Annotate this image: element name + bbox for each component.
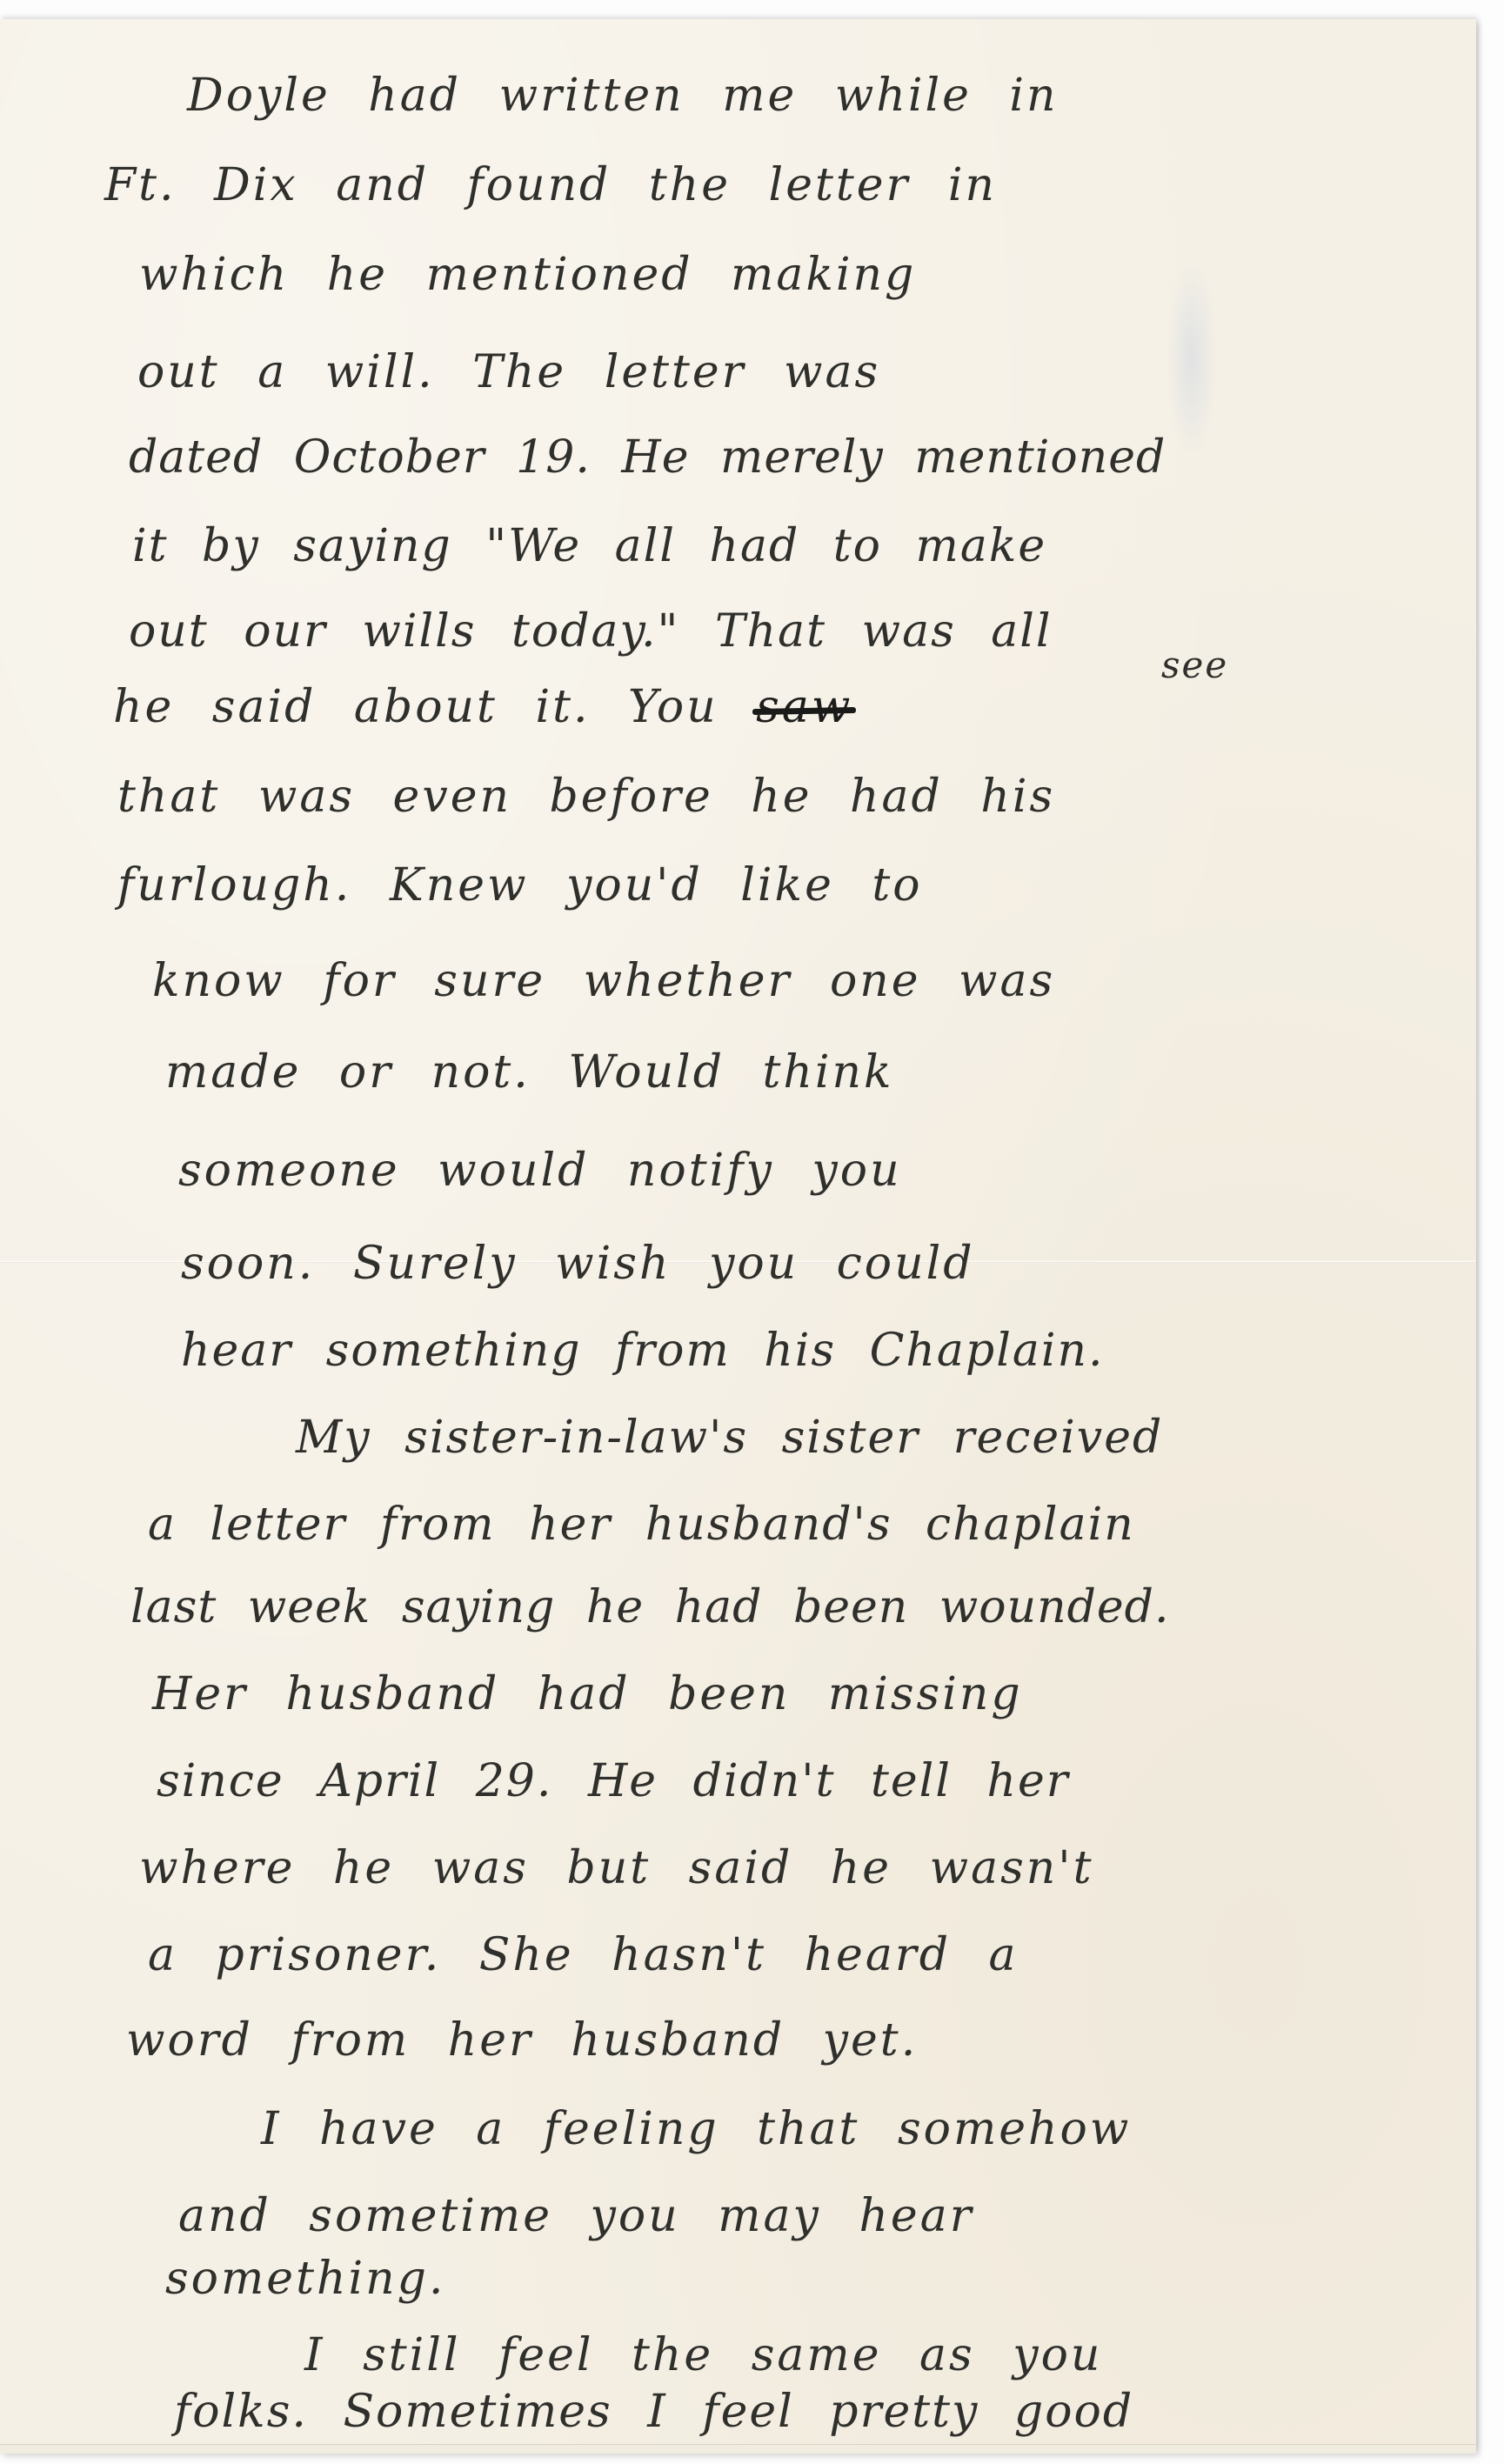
letter-line: out a will. The letter was [137, 350, 880, 395]
letter-line-text: he said about it. You [113, 681, 719, 733]
letter-line: it by saying "We all had to make [132, 524, 1046, 569]
letter-line: out our wills today." That was all [129, 609, 1053, 654]
letter-line: My sister-in-law's sister received [296, 1415, 1163, 1460]
letter-line: soon. Surely wish you could [181, 1241, 975, 1286]
letter-line: that was even before he had his [117, 774, 1055, 819]
letter-line: which he mentioned making [139, 252, 916, 297]
letter-line: something. [165, 2256, 445, 2301]
letter-line: I have a feeling that somehow [261, 2107, 1131, 2152]
letter-line: someone would notify you [178, 1148, 902, 1193]
struck-out-word: saw [756, 684, 852, 730]
letter-line: last week saying he had been wounded. [130, 1585, 1169, 1630]
letter-line: hear something from his Chaplain. [181, 1328, 1104, 1373]
letter-line: Ft. Dix and found the letter in [104, 163, 997, 208]
page-bottom-edge [0, 2444, 1476, 2454]
letter-line: word from her husband yet. [126, 2018, 918, 2063]
letter-line: a letter from her husband's chaplain [148, 1502, 1135, 1547]
letter-line-with-correction: he said about it. You saw [113, 684, 852, 730]
letter-line: furlough. Knew you'd like to [117, 863, 923, 908]
letter-line: made or not. Would think [165, 1050, 894, 1095]
letter-line: folks. Sometimes I feel pretty good [174, 2389, 1133, 2434]
letter-line: know for sure whether one was [152, 958, 1055, 1004]
letter-line: since April 29. He didn't tell her [157, 1759, 1070, 1804]
letter-line: Her husband had been missing [152, 1672, 1023, 1717]
letter-line: I still feel the same as you [304, 2333, 1102, 2378]
letter-line: where he was but said he wasn't [139, 1846, 1093, 1891]
ink-bleed-mark [1166, 254, 1218, 463]
inserted-correction-word: see [1161, 644, 1228, 686]
letter-line: Doyle had written me while in [187, 73, 1059, 118]
letter-page: Doyle had written me while in Ft. Dix an… [0, 19, 1476, 2453]
letter-line: and sometime you may hear [178, 2194, 974, 2239]
letter-line: a prisoner. She hasn't heard a [148, 1933, 1019, 1978]
letter-line: dated October 19. He merely mentioned [129, 435, 1166, 480]
